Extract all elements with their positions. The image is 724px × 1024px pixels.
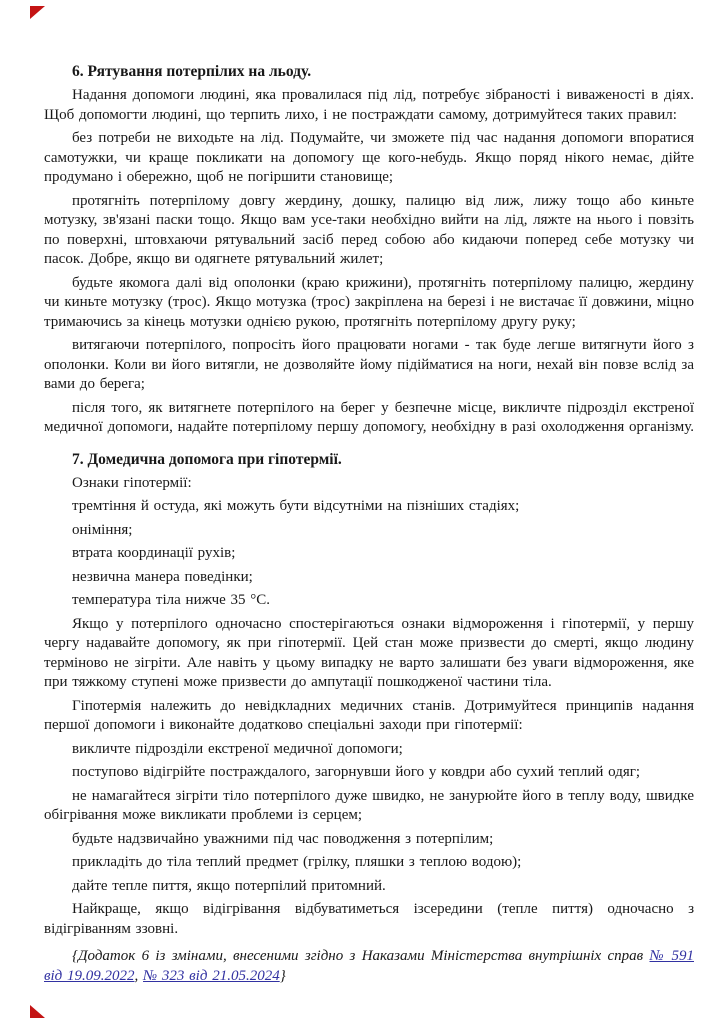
order-323-link[interactable]: № 323 від 21.05.2024	[143, 968, 280, 984]
paragraph: після того, як витягнете потерпілого на …	[44, 399, 694, 438]
paragraph: Ознаки гіпотермії:	[44, 474, 694, 494]
paragraph: втрата координації рухів;	[44, 544, 694, 564]
paragraph: незвична манера поведінки;	[44, 568, 694, 588]
amendment-corner-top-icon	[30, 6, 45, 19]
paragraph: протягніть потерпілому довгу жердину, до…	[44, 192, 694, 270]
paragraph: дайте тепле пиття, якщо потерпілий прито…	[44, 877, 694, 897]
paragraph: поступово відігрійте постраждалого, заго…	[44, 763, 694, 783]
footnote-suffix: }	[280, 968, 286, 984]
paragraph: Якщо у потерпілого одночасно спостерігаю…	[44, 615, 694, 693]
paragraph: без потреби не виходьте на лід. Подумайт…	[44, 129, 694, 188]
paragraph: тремтіння й остуда, які можуть бути відс…	[44, 497, 694, 517]
footnote-separator: ,	[135, 968, 144, 984]
paragraph: Гіпотермія належить до невідкладних меди…	[44, 697, 694, 736]
amendment-footnote: {Додаток 6 із змінами, внесеними згідно …	[44, 947, 694, 986]
footnote-prefix: {Додаток 6 із змінами, внесеними згідно …	[72, 948, 650, 964]
paragraph: температура тіла нижче 35 °С.	[44, 591, 694, 611]
section-6-heading: 6. Рятування потерпілих на льоду.	[44, 62, 694, 82]
paragraph: витягаючи потерпілого, попросіть його пр…	[44, 336, 694, 395]
paragraph: оніміння;	[44, 521, 694, 541]
section-7-heading: 7. Домедична допомога при гіпотермії.	[44, 450, 694, 470]
document-page: 6. Рятування потерпілих на льоду. Наданн…	[0, 0, 724, 1024]
paragraph: не намагайтеся зігріти тіло потерпілого …	[44, 787, 694, 826]
paragraph: викличте підрозділи екстреної медичної д…	[44, 740, 694, 760]
document-body: 6. Рятування потерпілих на льоду. Наданн…	[44, 62, 694, 986]
paragraph: будьте надзвичайно уважними під час пово…	[44, 830, 694, 850]
paragraph: прикладіть до тіла теплий предмет (грілк…	[44, 853, 694, 873]
paragraph: Надання допомоги людині, яка провалилася…	[44, 86, 694, 125]
paragraph: Найкраще, якщо відігрівання відбуватимет…	[44, 900, 694, 939]
amendment-corner-bottom-icon	[30, 1005, 45, 1018]
paragraph: будьте якомога далі від ополонки (краю к…	[44, 274, 694, 333]
